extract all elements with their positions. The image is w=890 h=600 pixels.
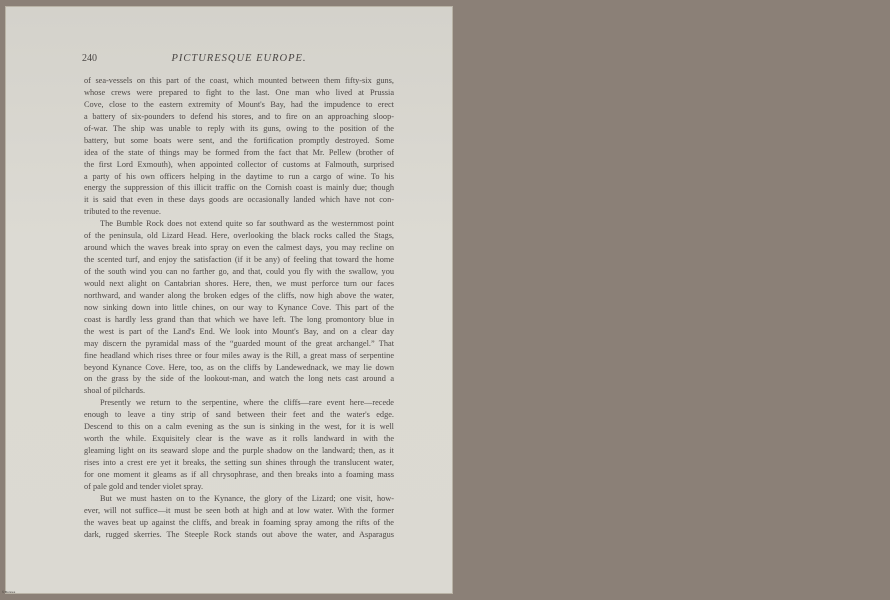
text-line: beyond Kynance Cove. Here, too, as on th…	[84, 362, 394, 374]
text-line: of the peninsula, old Lizard Head. Here,…	[84, 230, 394, 242]
text-line: now sinking down into little chines, on …	[84, 302, 394, 314]
book-page: 240 PICTURESQUE EUROPE. of sea-vessels o…	[6, 7, 452, 593]
text-line: idea of the state of things may be forme…	[84, 147, 394, 159]
text-line: the west is part of the Land's End. We l…	[84, 326, 394, 338]
paragraph: of sea-vessels on this part of the coast…	[84, 75, 394, 218]
text-line: energy the suppression of this illicit t…	[84, 182, 394, 194]
running-title: PICTURESQUE EUROPE.	[82, 53, 396, 64]
text-line: enough to leave a tiny strip of sand bet…	[84, 409, 394, 421]
text-line: But we must hasten on to the Kynance, th…	[84, 493, 394, 505]
text-line: for one moment it gleams as if all chrys…	[84, 469, 394, 481]
text-line: ever, will not suffice—it must be seen b…	[84, 505, 394, 517]
text-line: dark, rugged skerries. The Steeple Rock …	[84, 529, 394, 541]
text-line: whose crews were prepared to fight to th…	[84, 87, 394, 99]
text-line: Cove, close to the eastern extremity of …	[84, 99, 394, 111]
body-text: of sea-vessels on this part of the coast…	[84, 75, 394, 541]
text-line: Presently we return to the serpentine, w…	[84, 397, 394, 409]
text-line: The Bumble Rock does not extend quite so…	[84, 218, 394, 230]
text-line: shoal of pilchards.	[84, 385, 394, 397]
text-line: a battery of six-pounders to defend his …	[84, 111, 394, 123]
text-line: on the grass by the side of the lookout-…	[84, 373, 394, 385]
text-line: of the south wind you can no farther go,…	[84, 266, 394, 278]
text-line: the first Lord Exmouth), when appointed …	[84, 159, 394, 171]
text-line: worth the while. Exquisitely clear is th…	[84, 433, 394, 445]
text-line: of-war. The ship was unable to reply wit…	[84, 123, 394, 135]
text-line: may discern the pyramidal mass of the “g…	[84, 338, 394, 350]
text-line: of sea-vessels on this part of the coast…	[84, 75, 394, 87]
text-line: a party of his own officers helping in t…	[84, 171, 394, 183]
text-line: battery, but some boats were sent, and t…	[84, 135, 394, 147]
text-line: Descend to this on a calm evening as the…	[84, 421, 394, 433]
text-line: rises into a crest ere yet it breaks, th…	[84, 457, 394, 469]
text-line: of pale gold and tender violet spray.	[84, 481, 394, 493]
paragraph: Presently we return to the serpentine, w…	[84, 397, 394, 493]
text-line: it is said that even in these days goods…	[84, 194, 394, 206]
text-line: tributed to the revenue.	[84, 206, 394, 218]
text-line: would next alight on Cantabrian shores. …	[84, 278, 394, 290]
paragraph: The Bumble Rock does not extend quite so…	[84, 218, 394, 397]
paragraph: But we must hasten on to the Kynance, th…	[84, 493, 394, 541]
text-line: the waves beat up against the cliffs, an…	[84, 517, 394, 529]
page-header: 240 PICTURESQUE EUROPE.	[82, 53, 396, 67]
text-line: around which the waves break into spray …	[84, 242, 394, 254]
text-line: the scented turf, and enjoy the satisfac…	[84, 254, 394, 266]
photo-credit: © Bonnes	[2, 590, 15, 594]
text-line: coast is hardly less grand than that whi…	[84, 314, 394, 326]
text-line: northward, and wander along the broken e…	[84, 290, 394, 302]
text-line: gleaming light on its seaward slope and …	[84, 445, 394, 457]
text-line: fine headland which rises three or four …	[84, 350, 394, 362]
